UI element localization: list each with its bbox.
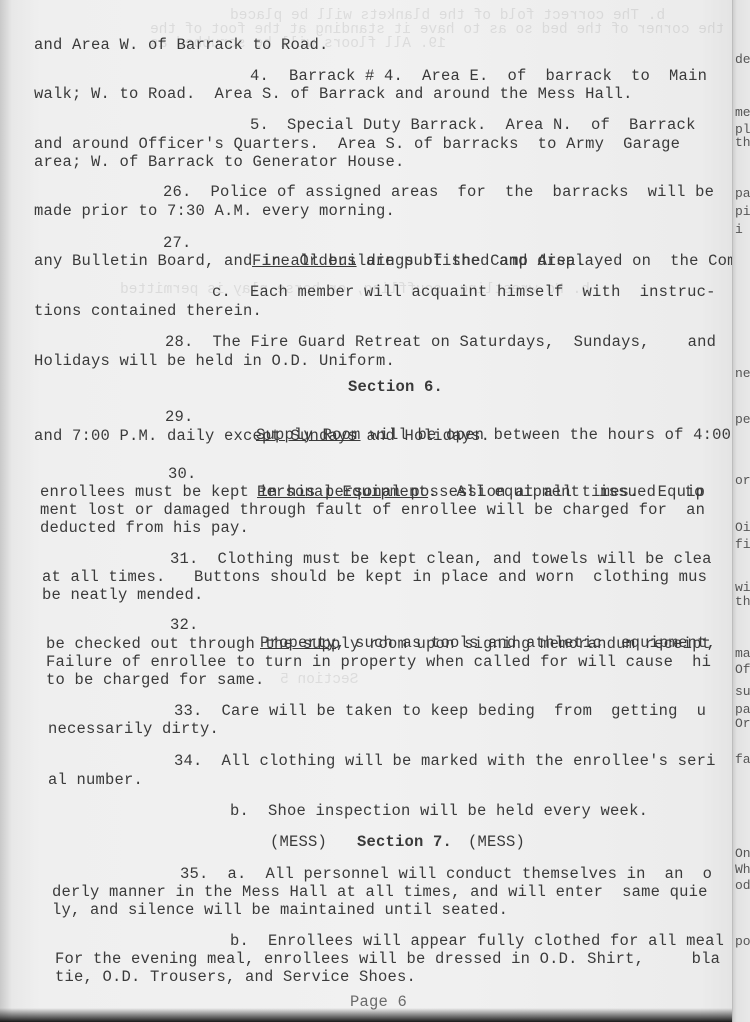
text-line: necessarily dirty.	[48, 720, 219, 738]
adjacent-page-fragment: Or	[735, 716, 750, 731]
paragraph-31: 31. Clothing must be kept clean, and tow…	[170, 550, 712, 568]
paragraph-28: 28. The Fire Guard Retreat on Saturdays,…	[165, 333, 716, 351]
adjacent-page-fragment: Oi	[735, 520, 750, 535]
paragraph-number: 27.	[163, 234, 192, 252]
paragraph-number: 32.	[170, 616, 199, 634]
adjacent-page-fragment: su	[735, 684, 750, 699]
text-line: and Area W. of Barrack to Road.	[34, 36, 329, 54]
adjacent-page-fragment: ma	[735, 646, 750, 661]
adjacent-page-fragment: On	[735, 846, 750, 861]
paragraph-34b: b. Shoe inspection will be held every we…	[230, 802, 648, 820]
adjacent-page-fragment: Of	[735, 662, 750, 677]
paragraph-number: 29.	[165, 408, 194, 426]
text-line: Barrack # 4. Area E. of barrack to Main	[289, 67, 707, 85]
adjacent-page-fragment: ne	[735, 366, 750, 381]
adjacent-page-fragment: th	[735, 135, 750, 150]
paragraph-number: 30.	[168, 465, 197, 483]
text-line: Holidays will be held in O.D. Uniform.	[34, 352, 395, 370]
adjacent-page-fragment: i	[735, 222, 743, 237]
text-line: derly manner in the Mess Hall at all tim…	[52, 883, 708, 901]
adjacent-page-fragment: fi	[735, 537, 750, 552]
paragraph-34: 34. All clothing will be marked with the…	[174, 752, 716, 770]
paragraph-number: 4.	[250, 67, 269, 85]
text-line: walk; W. to Road. Area S. of Barrack and…	[34, 85, 633, 103]
text-line: For the evening meal, enrollees will be …	[55, 950, 720, 968]
section-heading: Section 7.	[357, 833, 452, 851]
section-heading-mess-right: (MESS)	[468, 833, 525, 851]
text-line: and 7:00 P.M. daily except Sundays and H…	[34, 427, 490, 445]
text-line: at all times. Buttons should be kept in …	[42, 568, 707, 586]
text-line: to be charged for same.	[46, 671, 265, 689]
document-page: b. The correct fold of the blankets will…	[0, 0, 732, 1022]
paragraph-26: 26. Police of assigned areas for the bar…	[163, 183, 714, 201]
adjacent-page-fragment: pa	[735, 186, 750, 201]
text-line: ly, and silence will be maintained until…	[52, 901, 508, 919]
text-line: Special Duty Barrack. Area N. of Barrack	[287, 116, 696, 134]
page-number: Page 6	[350, 993, 407, 1011]
text-line: al number.	[48, 771, 143, 789]
adjacent-page-fragment: pa	[735, 702, 750, 717]
paragraph-33: 33. Care will be taken to keep beding fr…	[174, 702, 706, 720]
adjacent-page-fragment: me	[735, 105, 750, 120]
adjacent-page-fragment: pe	[735, 412, 750, 427]
adjacent-page-fragment: fa	[735, 752, 750, 767]
text-line: be checked out through the supply room u…	[46, 635, 711, 653]
adjacent-page-fragment: pi	[735, 204, 750, 219]
text-line: deducted from his pay.	[40, 519, 249, 537]
adjacent-page-fragment: or	[735, 473, 750, 488]
adjacent-page-fragment: Wh	[735, 862, 750, 877]
paragraph-35b: b. Enrollees will appear fully clothed f…	[230, 932, 724, 950]
section-heading-mess-left: (MESS)	[270, 833, 327, 851]
text-line: tie, O.D. Trousers, and Service Shoes.	[55, 968, 416, 986]
text-line: Failure of enrollee to turn in property …	[46, 653, 711, 671]
paragraph-27c: c. Each member will acquaint himself wit…	[212, 283, 716, 301]
text-line: enrollees must be kept in his personal p…	[40, 483, 705, 501]
adjacent-page-fragment: de	[735, 52, 750, 67]
adjacent-page-fragment: po	[735, 934, 750, 949]
paragraph-35a: 35. a. All personnel will conduct themse…	[180, 865, 712, 883]
text-line: be neatly mended.	[42, 586, 204, 604]
adjacent-page-fragment: th	[735, 594, 750, 609]
text-line: any Bulletin Board, and in all buildings…	[34, 252, 585, 270]
text-line: made prior to 7:30 A.M. every morning.	[34, 202, 395, 220]
paragraph-number: 5.	[250, 116, 269, 134]
text-line: ment lost or damaged through fault of en…	[40, 501, 705, 519]
adjacent-page-fragment: wi	[735, 580, 750, 595]
adjacent-page-edge: de me pl th pa pi i ne pe or Oi fi wi th…	[732, 0, 750, 1022]
show-through-text: Section 5	[280, 672, 358, 688]
text-line: and around Officer's Quarters. Area S. o…	[34, 135, 680, 153]
text-line: area; W. of Barrack to Generator House.	[34, 153, 405, 171]
adjacent-page-fragment: od	[735, 878, 750, 893]
section-heading: Section 6.	[348, 378, 443, 396]
text-line: tions contained therein.	[34, 302, 262, 320]
